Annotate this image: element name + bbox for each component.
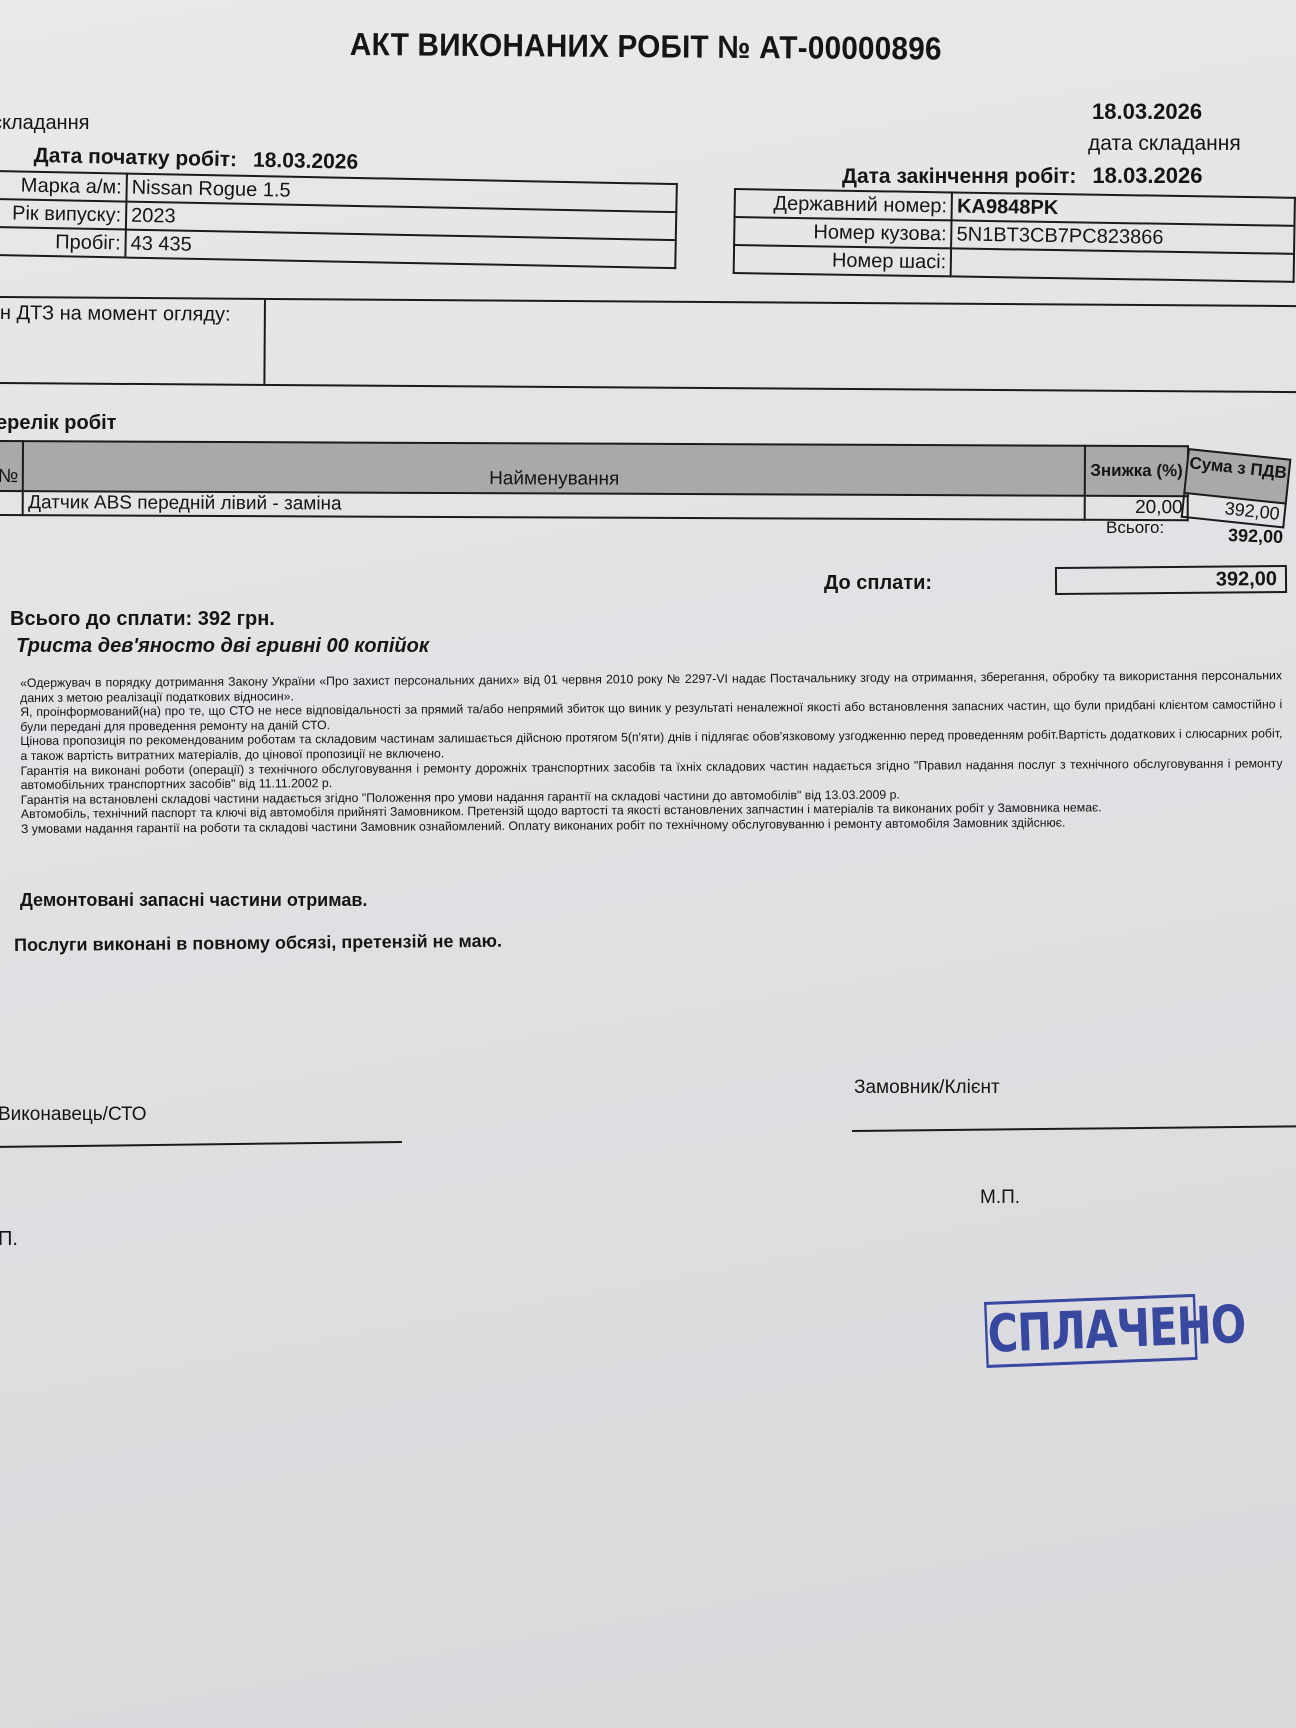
vehicle-condition-box: н ДТЗ на момент огляду: [0, 296, 1296, 393]
vehicle-mileage-label: Пробіг: [0, 227, 126, 258]
client-seal-label: М.П. [980, 1187, 1020, 1209]
executor-signature-label: Виконавець/СТО [0, 1104, 147, 1126]
plate-number-label: Державний номер: [735, 189, 953, 220]
no-claims-statement: Послуги виконані в повному обсязі, прете… [14, 931, 502, 956]
work-end-value: 18.03.2026 [1092, 163, 1202, 188]
compose-date-label: дата складання [1088, 132, 1241, 156]
compose-date: 18.03.2026 [1092, 99, 1202, 125]
legal-terms: «Одержувач в порядку дотримання Закону У… [20, 668, 1283, 836]
chassis-number-label: Номер шасі: [734, 245, 952, 276]
work-start-label: Дата початку робіт: [34, 144, 238, 171]
col-name: Найменування [23, 441, 1085, 496]
work-end-label: Дата закінчення робіт: [842, 165, 1076, 188]
works-list-title: ерелік робіт [0, 412, 116, 435]
document-title: АКТ ВИКОНАНИХ РОБІТ № АТ-00000896 [350, 26, 942, 67]
col-number: № [0, 441, 23, 491]
to-pay-value: 392,00 [1055, 565, 1287, 595]
vehicle-year-label: Рік випуску: [0, 199, 126, 230]
vehicle-condition-label: н ДТЗ на момент огляду: [0, 302, 231, 327]
work-start-date: Дата початку робіт:18.03.2026 [33, 144, 358, 175]
vehicle-make-label: Марка а/м: [0, 171, 127, 202]
sum-column: Сума з ПДВ 392,00 [1181, 448, 1292, 528]
grand-total: Всього до сплати: 392 грн. [10, 608, 275, 631]
client-signature-line [852, 1125, 1296, 1132]
works-total-label: Всього: [1106, 518, 1164, 538]
table-row: Датчик ABS передній лівий - заміна 20,00 [0, 491, 1188, 520]
amount-in-words: Триста дев'яносто дві гривні 00 копійок [16, 635, 429, 658]
paid-stamp: СПЛАЧЕНО [984, 1294, 1198, 1368]
row-name: Датчик ABS передній лівий - заміна [23, 491, 1085, 520]
row-number [0, 491, 23, 515]
client-signature-label: Замовник/Клієнт [854, 1077, 1000, 1099]
works-total-value: 392,00 [1228, 525, 1284, 548]
works-table: № Найменування Знижка (%) Датчик ABS пер… [0, 440, 1189, 521]
vehicle-info-left: Марка а/м:Nissan Rogue 1.5 Рік випуску:2… [0, 170, 678, 269]
col-discount: Знижка (%) [1085, 446, 1188, 496]
vehicle-condition-divider [263, 300, 266, 384]
compose-date-label-left: складання [0, 112, 89, 135]
executor-seal-label: П. [0, 1228, 18, 1251]
vehicle-info-right: Державний номер:KA9848PK Номер кузова:5N… [733, 188, 1296, 283]
row-discount: 20,00 [1085, 496, 1188, 520]
works-table-header: № Найменування Знижка (%) [0, 441, 1188, 496]
body-number-label: Номер кузова: [734, 217, 952, 248]
parts-received-statement: Демонтовані запасні частини отримав. [20, 890, 367, 911]
chassis-number-value [951, 248, 1294, 281]
work-start-value: 18.03.2026 [253, 149, 359, 174]
work-end-date: Дата закінчення робіт:18.03.2026 [842, 163, 1202, 189]
executor-signature-line [0, 1141, 402, 1148]
to-pay-label: До сплати: [824, 572, 932, 595]
